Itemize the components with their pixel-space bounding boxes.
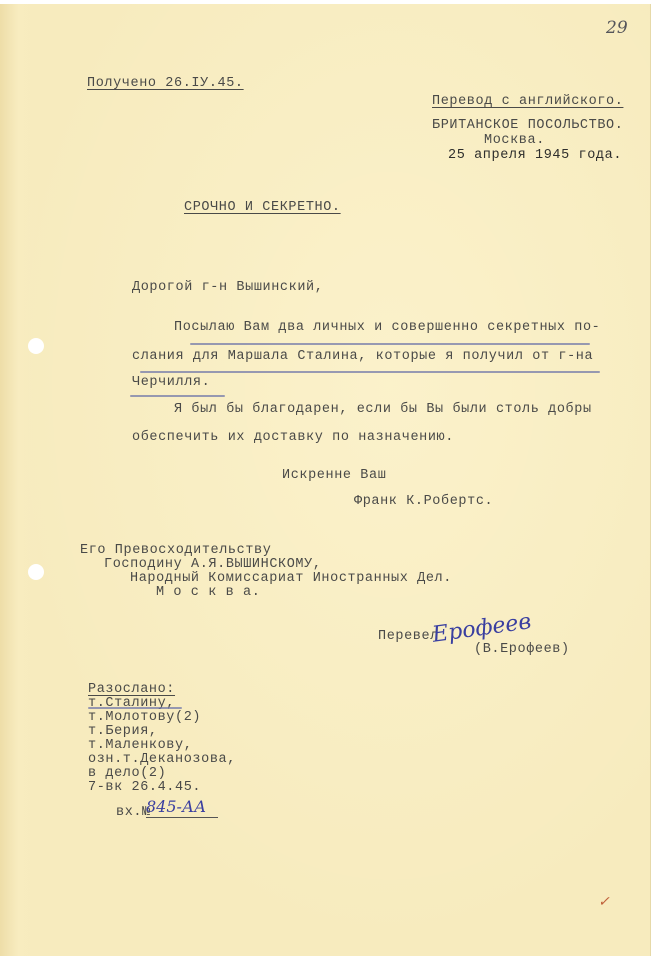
translation-note: Перевод с английского. xyxy=(432,94,623,109)
pencil-underline-1 xyxy=(190,343,590,345)
translator-name: (В.Ерофеев) xyxy=(474,642,570,657)
classification: СРОЧНО И СЕКРЕТНО. xyxy=(184,200,341,215)
pencil-underline-2 xyxy=(140,371,600,373)
distribution-header: Разослано: xyxy=(88,682,175,697)
salutation: Дорогой г-н Вышинский, xyxy=(132,280,323,295)
distribution-item: в дело(2) xyxy=(88,766,166,781)
body-line-3: Черчилля. xyxy=(132,375,210,390)
body-line-5: обеспечить их доставку по назначению. xyxy=(132,430,454,445)
distribution-item: т.Берия, xyxy=(88,724,158,739)
distribution-item: озн.т.Деканозова, xyxy=(88,752,236,767)
sender-org: БРИТАНСКОЕ ПОСОЛЬСТВО. xyxy=(432,118,623,133)
addressee-line-3: Народный Комиссариат Иностранных Дел. xyxy=(130,571,452,586)
addressee-line-2: Господину А.Я.ВЫШИНСКОМУ, xyxy=(104,557,322,572)
pencil-underline-stalin xyxy=(88,707,182,709)
document-page: 29 Получено 26.IУ.45. Перевод с английск… xyxy=(0,4,650,956)
letter-date: 25 апреля 1945 года. xyxy=(448,148,622,163)
sender-signature: Франк К.Робертс. xyxy=(354,494,493,509)
body-line-2: слания для Маршала Сталина, которые я по… xyxy=(132,349,593,364)
distribution-item: т.Маленкову, xyxy=(88,738,192,753)
sender-city: Москва. xyxy=(484,133,545,148)
check-mark-icon: ✓ xyxy=(598,894,610,910)
distribution-item: 7-вк 26.4.45. xyxy=(88,780,201,795)
punch-hole-bottom xyxy=(28,564,44,580)
page-number: 29 xyxy=(606,18,628,38)
pencil-underline-3 xyxy=(130,395,225,397)
translator-label: Перевел xyxy=(378,629,439,644)
addressee-line-1: Его Превосходительству xyxy=(80,543,271,558)
body-line-1: Посылаю Вам два личных и совершенно секр… xyxy=(174,320,600,335)
received-stamp: Получено 26.IУ.45. xyxy=(87,76,244,91)
distribution-item: т.Молотову(2) xyxy=(88,710,201,725)
addressee-line-4: М о с к в а. xyxy=(156,585,260,600)
body-line-4: Я был бы благодарен, если бы Вы были сто… xyxy=(174,402,592,417)
closing: Искренне Ваш xyxy=(282,468,386,483)
incoming-number: 845-АА xyxy=(146,797,218,818)
punch-hole-top xyxy=(28,338,44,354)
